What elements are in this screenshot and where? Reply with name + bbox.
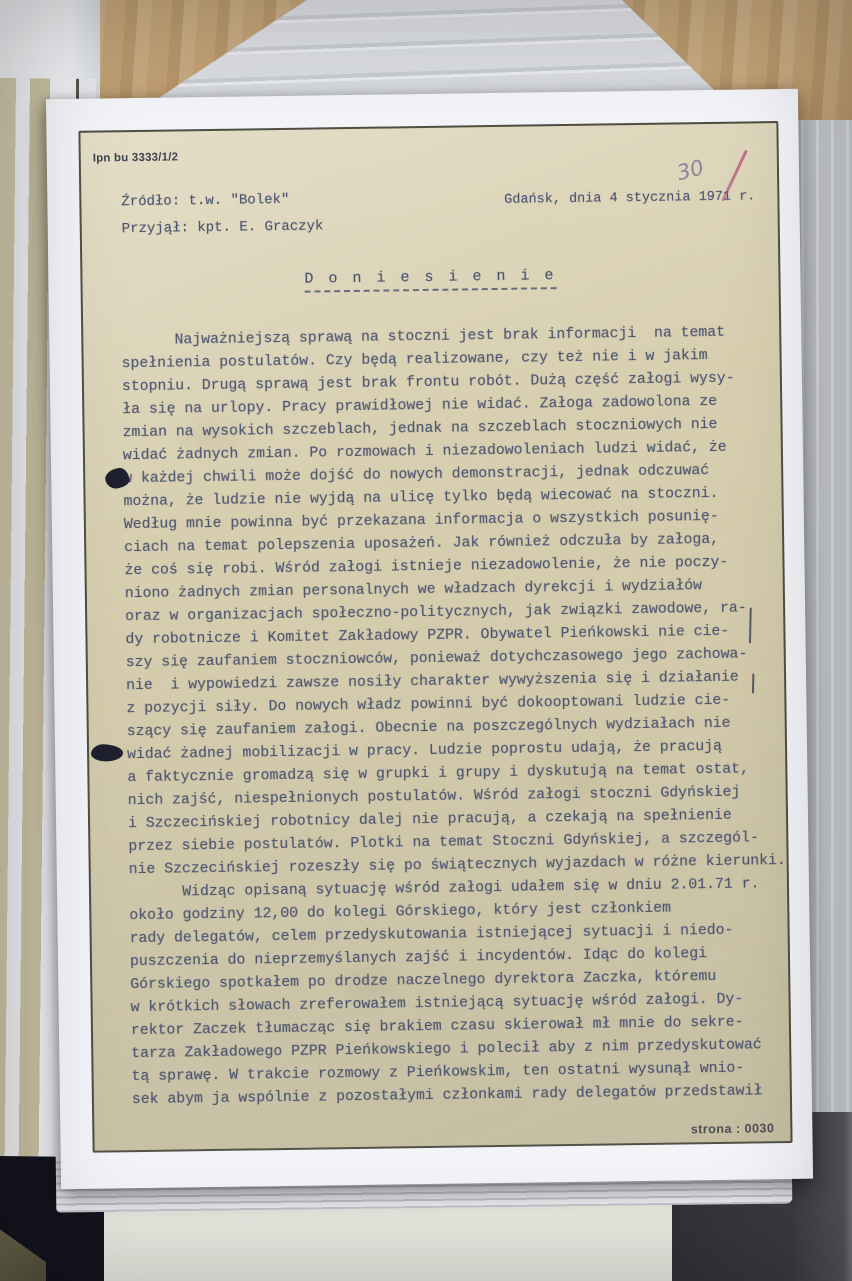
received-by-line: Przyjął: kpt. E. Graczyk <box>122 218 324 237</box>
page-number-label: strona : 0030 <box>691 1121 775 1136</box>
source-line: Źródło: t.w. "Bolek" <box>121 192 289 210</box>
photo-of-document: Ipn bu 3333/1/2 Źródło: t.w. "Bolek" Prz… <box>0 0 852 1281</box>
report-body: Najważniejszą sprawą na stoczni jest bra… <box>121 321 774 1112</box>
document-title-text: D o n i e s i e n i e <box>304 267 556 293</box>
document-title: D o n i e s i e n i e <box>82 263 778 296</box>
document-sheet: Ipn bu 3333/1/2 Źródło: t.w. "Bolek" Prz… <box>46 89 813 1189</box>
archive-reference-stamp: Ipn bu 3333/1/2 <box>93 151 179 164</box>
scanned-page: Ipn bu 3333/1/2 Źródło: t.w. "Bolek" Prz… <box>78 121 792 1153</box>
place-date-line: Gdańsk, dnia 4 stycznia 1971 r. <box>504 189 755 208</box>
handwritten-page-number: 30 <box>674 155 706 185</box>
ink-blot-bottom <box>91 744 124 763</box>
margin-pen-stroke-lower <box>752 673 754 693</box>
